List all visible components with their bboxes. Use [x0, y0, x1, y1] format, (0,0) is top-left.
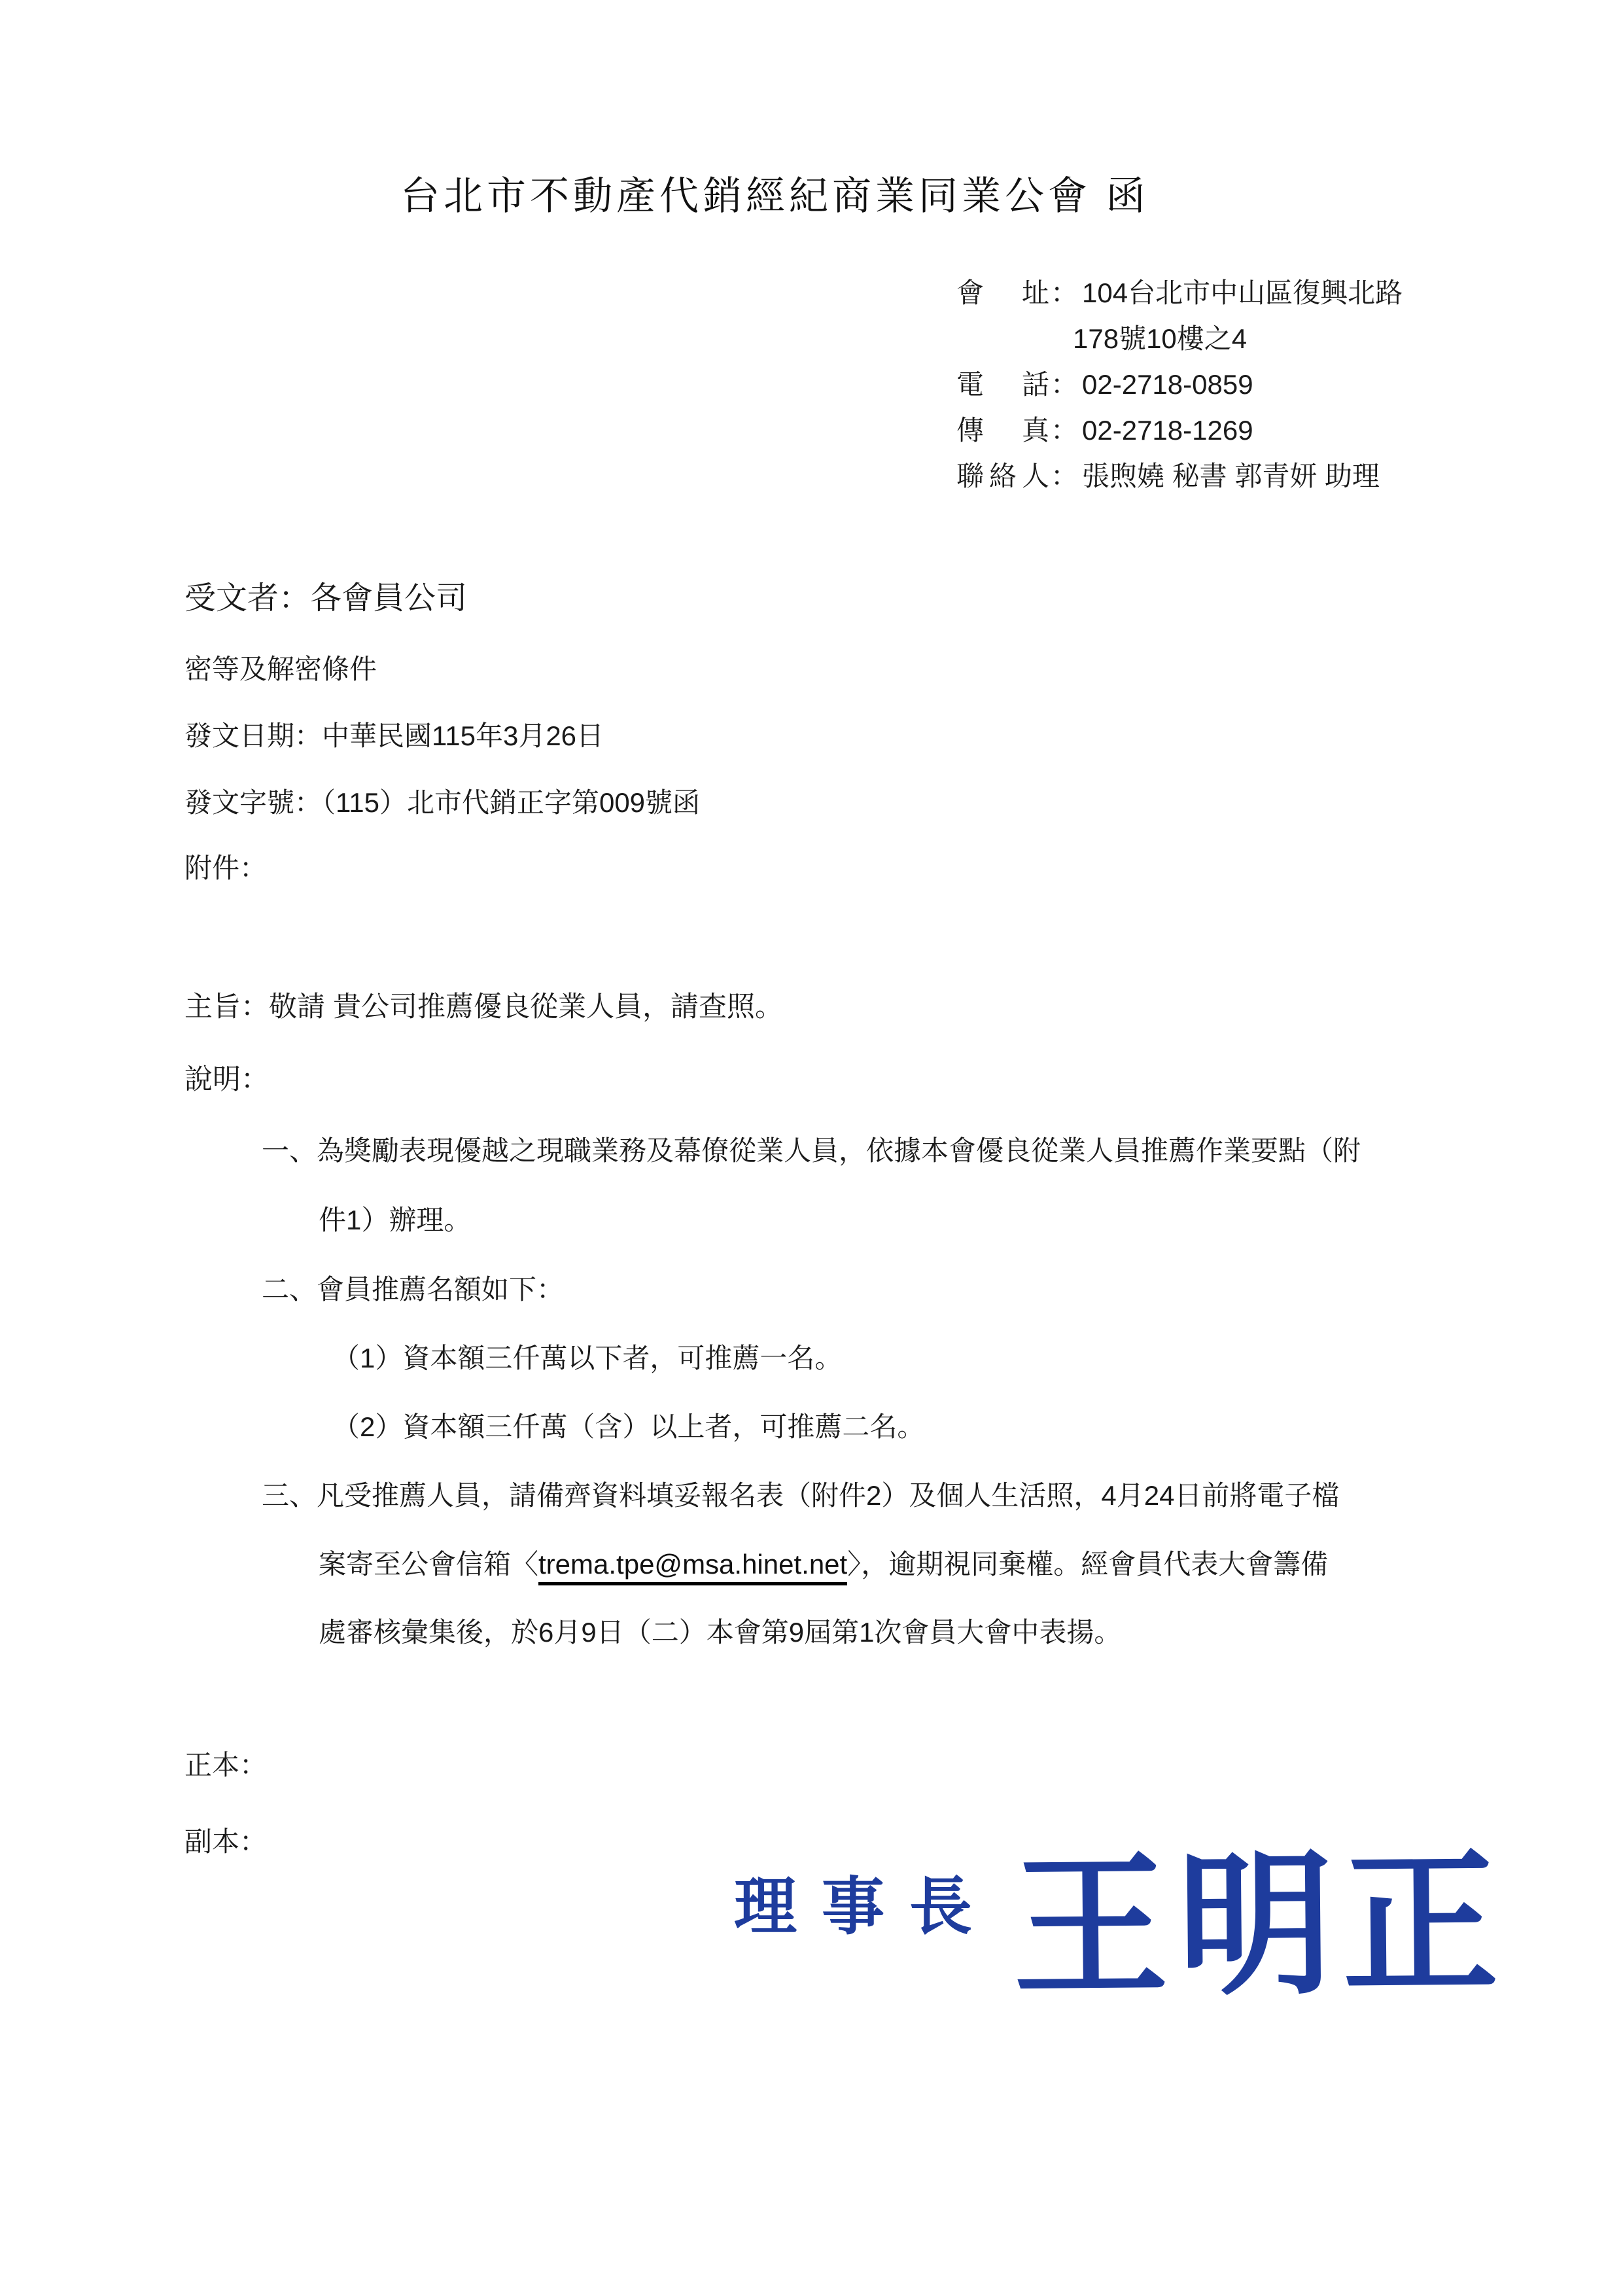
association-email-link[interactable]: trema.tpe@msa.hinet.net [538, 1549, 847, 1585]
fax-value: 02-2718-1269 [1082, 414, 1253, 448]
official-letter-page: 台北市不動產代銷經紀商業同業公會 函 會址：104台北市中山區復興北路 178號… [0, 0, 1623, 2296]
explanation-item-2-sub-1: （1）資本額三仟萬以下者，可推薦一名。 [332, 1337, 842, 1376]
subject-line: 主旨：敬請 貴公司推薦優良從業人員，請查照。 [184, 985, 783, 1025]
page-title: 台北市不動產代銷經紀商業同業公會 函 [400, 165, 1149, 221]
address-line2: 178號10樓之4 [1073, 322, 1247, 356]
address-row-2: 178號10樓之4 [956, 322, 1403, 368]
chairman-name-signature: 王明正 [1012, 1799, 1509, 2027]
fax-label: 傳真 [956, 414, 1049, 448]
attachment-line: 附件： [184, 847, 267, 886]
sender-contact-block: 會址：104台北市中山區復興北路 178號10樓之4 電話：02-2718-08… [956, 276, 1403, 505]
explanation-label: 說明： [184, 1057, 269, 1097]
explanation-item-1-line-1: 一、為獎勵表現優越之現職業務及幕僚從業人員，依據本會優良從業人員推薦作業要點（附 [262, 1129, 1361, 1169]
classification-line: 密等及解密條件 [184, 648, 377, 687]
original-copy-label: 正本： [184, 1744, 267, 1783]
explanation-item-3-line-2: 案寄至公會信箱〈trema.tpe@msa.hinet.net〉，逾期視同棄權。… [319, 1543, 1328, 1582]
phone-colon: ： [1051, 368, 1078, 402]
phone-label: 電話 [956, 368, 1049, 402]
fax-row: 傳真：02-2718-1269 [956, 414, 1403, 459]
phone-row: 電話：02-2718-0859 [956, 368, 1403, 414]
contact-person-row: 聯絡人：張煦嬈 秘書 郭青妍 助理 [956, 459, 1403, 505]
explanation-item-3-line-1: 三、凡受推薦人員，請備齊資料填妥報名表（附件2）及個人生活照，4月24日前將電子… [262, 1474, 1339, 1513]
contact-person-value: 張煦嬈 秘書 郭青妍 助理 [1082, 459, 1380, 493]
chairman-title-stamp: 理事長 [734, 1857, 997, 1947]
address-colon: ： [1051, 276, 1078, 310]
carbon-copy-label: 副本： [184, 1820, 267, 1860]
address-row: 會址：104台北市中山區復興北路 [956, 276, 1403, 322]
address-label: 會址 [956, 276, 1049, 310]
explanation-item-1-line-2: 件1）辦理。 [319, 1199, 471, 1238]
contact-person-colon: ： [1051, 459, 1078, 493]
address-line1: 104台北市中山區復興北路 [1082, 276, 1403, 310]
fax-colon: ： [1051, 414, 1078, 448]
recipient-line: 受文者：各會員公司 [184, 573, 467, 618]
item-3-line-2-suffix: 〉，逾期視同棄權。經會員代表大會籌備 [847, 1549, 1328, 1580]
ref-number-line: 發文字號：（115）北市代銷正字第009號函 [184, 781, 700, 821]
explanation-item-3-line-3: 處審核彙集後，於6月9日（二）本會第9屆第1次會員大會中表揚。 [319, 1611, 1121, 1650]
item-3-line-2-prefix: 案寄至公會信箱〈 [319, 1549, 538, 1580]
explanation-item-2-sub-2: （2）資本額三仟萬（含）以上者，可推薦二名。 [332, 1405, 924, 1445]
issue-date-line: 發文日期：中華民國115年3月26日 [184, 715, 604, 754]
phone-value: 02-2718-0859 [1082, 368, 1253, 402]
contact-person-label: 聯絡人 [956, 459, 1049, 493]
explanation-item-2: 二、會員推薦名額如下： [262, 1268, 564, 1307]
